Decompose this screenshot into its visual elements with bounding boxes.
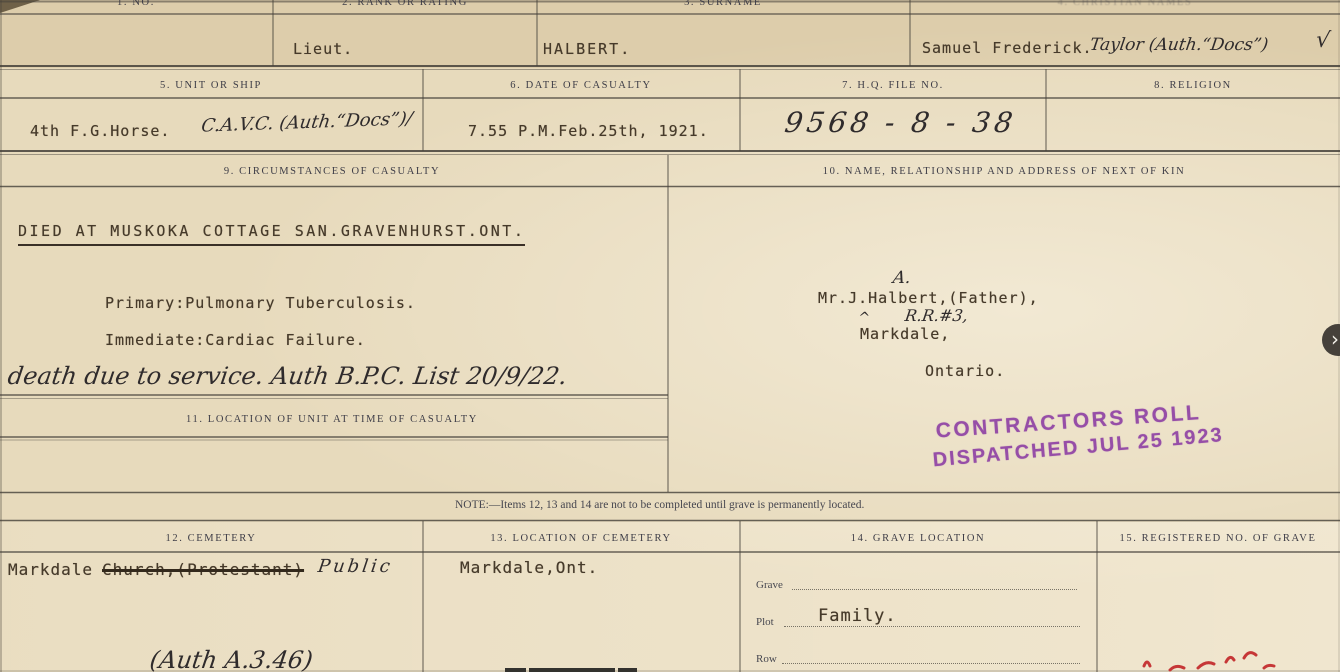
- field-label-unit: 5. UNIT OR SHIP: [160, 80, 262, 91]
- field-label-cemetery-location: 13. LOCATION OF CEMETERY: [490, 533, 671, 544]
- row-dotted-line: [782, 649, 1080, 664]
- christian-names-typed: Samuel Frederick.: [922, 39, 1093, 57]
- plot-field-label: Plot: [756, 616, 774, 628]
- chevron-right-icon: ›: [1331, 327, 1339, 351]
- unit-value-typed: 4th F.G.Horse.: [30, 122, 170, 140]
- plot-dotted-line: [784, 612, 1080, 627]
- nok-town-line: Markdale,: [860, 325, 950, 343]
- field-label-next-of-kin: 10. NAME, RELATIONSHIP AND ADDRESS OF NE…: [823, 166, 1186, 177]
- casualty-record-card: 1. NO. 2. RANK OR RATING 3. SURNAME 4. C…: [0, 0, 1340, 672]
- death-due-to-service-handwritten: death due to service. Auth B.P.C. List 2…: [6, 362, 569, 390]
- field-label-rank: 2. RANK OR RATING: [342, 0, 468, 8]
- field-label-surname: 3. SURNAME: [684, 0, 762, 8]
- christian-names-handwritten: Taylor (Auth.“Docs”): [1089, 35, 1270, 55]
- rank-value: Lieut.: [293, 40, 353, 58]
- grave-field-label: Grave: [756, 579, 783, 591]
- date-of-casualty-value: 7.55 P.M.Feb.25th, 1921.: [468, 122, 709, 140]
- field-label-cemetery: 12. CEMETERY: [166, 533, 257, 544]
- died-at-line: DIED AT MUSKOKA COTTAGE SAN.GRAVENHURST.…: [18, 222, 525, 246]
- field-label-hq-file-no: 7. H.Q. FILE NO.: [842, 80, 944, 91]
- note-line: NOTE:—Items 12, 13 and 14 are not to be …: [455, 499, 864, 511]
- nok-insertion-caret: ^: [857, 310, 871, 326]
- nok-initial-handwritten: A.: [892, 268, 912, 288]
- field-label-no: 1. NO.: [117, 0, 155, 8]
- cemetery-location-value: Markdale,Ont.: [460, 558, 598, 577]
- primary-cause-line: Primary:Pulmonary Tuberculosis.: [105, 294, 416, 312]
- field-label-christian-names: 4. CHRISTIAN NAMES: [1058, 0, 1193, 8]
- bottom-edge-fragment: [529, 668, 615, 672]
- nok-province-line: Ontario.: [925, 362, 1005, 380]
- surname-value: HALBERT.: [543, 40, 631, 58]
- cemetery-struck-text: Church,(Protestant): [102, 560, 304, 579]
- red-ink-marks: [1140, 648, 1300, 672]
- row-field-label: Row: [756, 653, 777, 665]
- cemetery-handwritten: Public: [317, 556, 395, 577]
- nok-rr-handwritten: R.R.#3,: [904, 306, 970, 325]
- bottom-edge-fragment: [618, 668, 637, 672]
- auth-note-handwritten: (Auth A.3.46): [148, 646, 315, 672]
- cemetery-typed: Markdale: [8, 560, 93, 579]
- field-label-unit-location: 11. LOCATION OF UNIT AT TIME OF CASUALTY: [186, 414, 478, 425]
- hq-file-no-handwritten: 9568 - 8 - 38: [783, 106, 1019, 139]
- grave-dotted-line: [792, 575, 1077, 590]
- field-label-religion: 8. RELIGION: [1154, 80, 1232, 91]
- field-label-registered-no: 15. REGISTERED NO. OF GRAVE: [1119, 533, 1316, 544]
- field-label-circumstances: 9. CIRCUMSTANCES OF CASUALTY: [224, 166, 440, 177]
- field-label-grave-location: 14. GRAVE LOCATION: [851, 533, 985, 544]
- nok-name-line: Mr.J.Halbert,(Father),: [818, 289, 1039, 307]
- bottom-edge-fragment: [505, 668, 526, 672]
- immediate-cause-line: Immediate:Cardiac Failure.: [105, 331, 366, 349]
- field-label-date-of-casualty: 6. DATE OF CASUALTY: [510, 80, 651, 91]
